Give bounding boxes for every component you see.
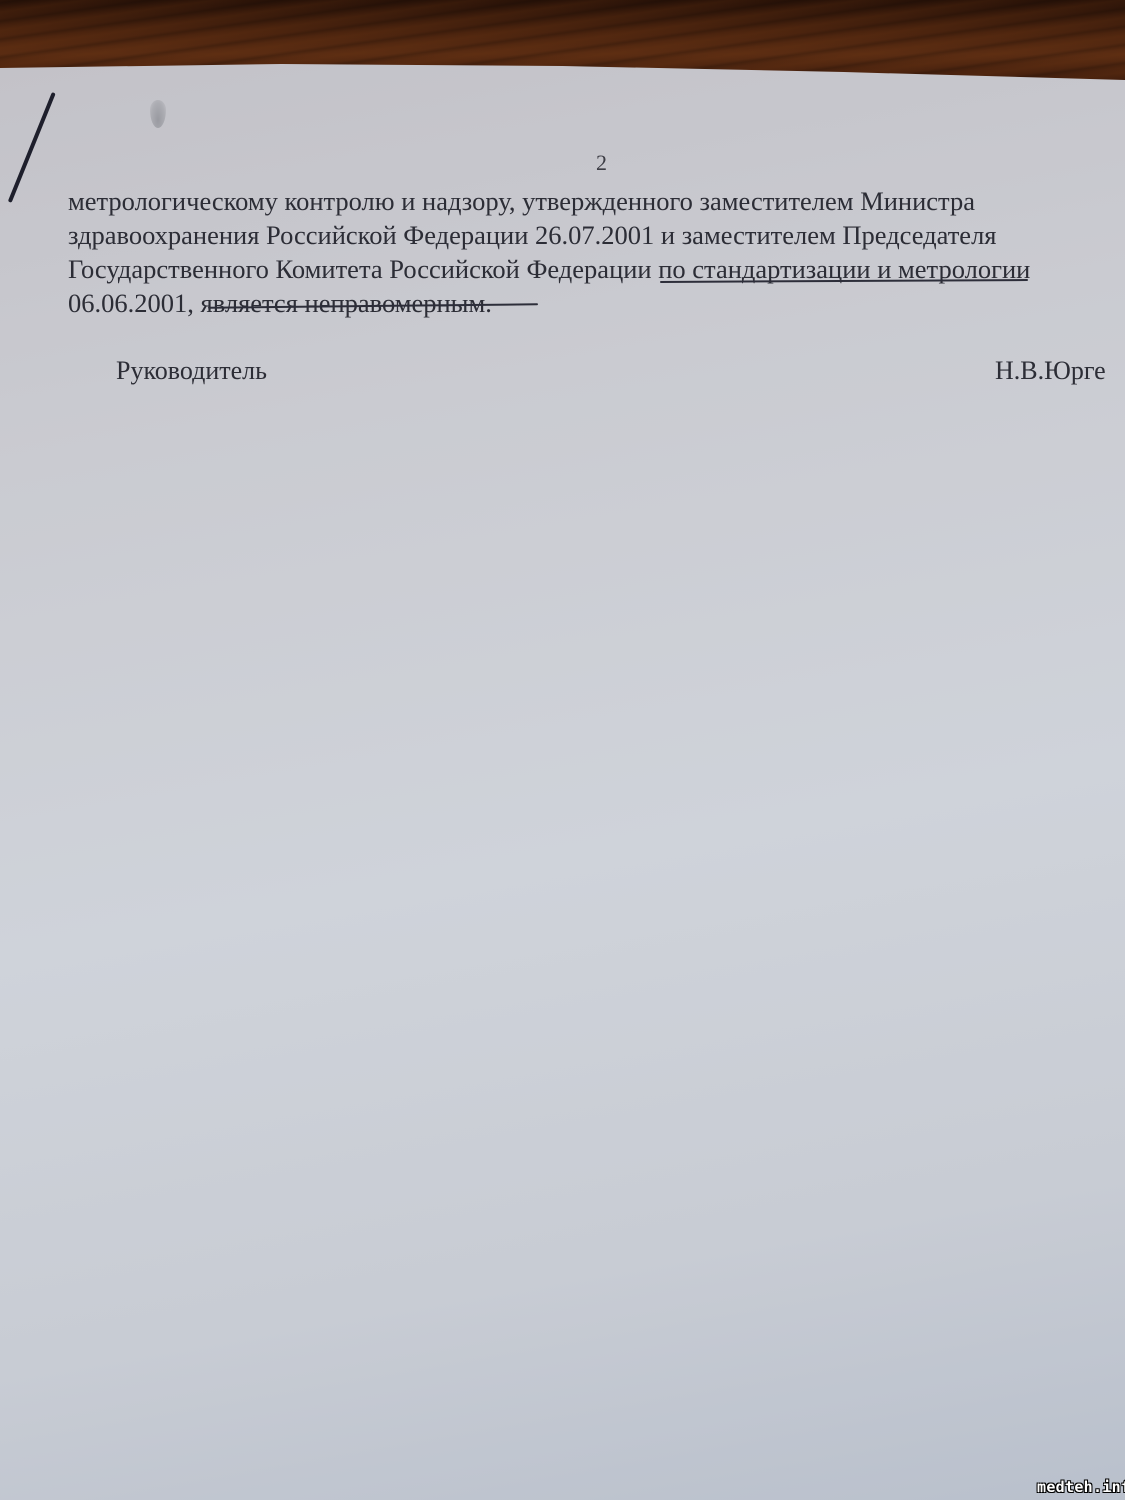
body-line: здравоохранения Российской Федерации 26.… [68, 218, 1125, 252]
signature-title: Руководитель [116, 356, 267, 386]
body-line: метрологическому контролю и надзору, утв… [68, 184, 1125, 218]
page-number: 2 [596, 150, 607, 176]
site-watermark: medteh.info [1037, 1478, 1125, 1496]
signature-name: Н.В.Юрге [995, 356, 1106, 386]
body-line: 06.06.2001, является неправомерным. [68, 286, 1125, 320]
document-body: метрологическому контролю и надзору, утв… [68, 184, 1125, 320]
